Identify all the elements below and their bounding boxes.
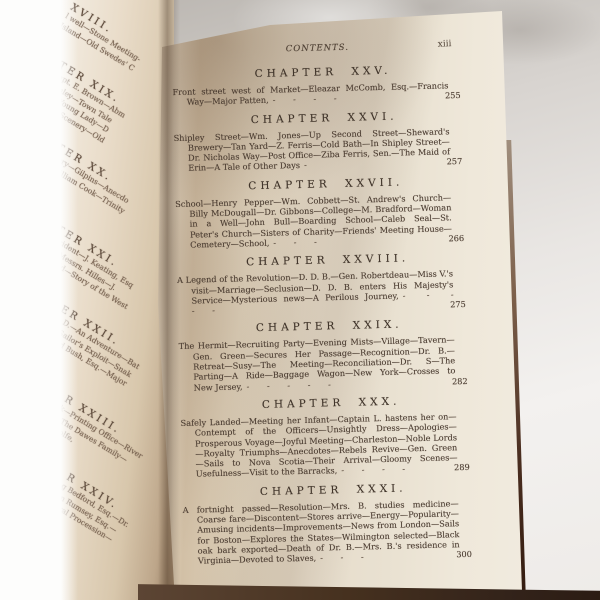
dot-leader: - - - - - (242, 379, 334, 391)
chapter-page-number: 275 (450, 299, 466, 310)
chapter-summary: A fortnight passed—Resolution—Mrs. B. st… (183, 497, 486, 566)
chapter-heading: CHAPTER XXVII. (175, 174, 477, 193)
chapter-page-number: 257 (447, 156, 463, 167)
chapter-summary: A Legend of the Revolution—D. D. B.—Gen.… (177, 268, 480, 317)
chapter-entry: CHAPTER XXV. Front street west of Market… (172, 63, 475, 108)
chapter-entry: CHAPTER XXVII. School—Henry Pepper—Wm. C… (175, 174, 479, 250)
chapter-summary: The Hermit—Recruiting Party—Evening Mist… (179, 334, 482, 393)
chapter-summary: Safely Landed—Meeting her Infant—Captain… (180, 411, 483, 480)
book-photo: XVIII. l well—Stone Meeting- Island—Old … (0, 0, 600, 600)
chapter-heading: CHAPTER XXV. (172, 63, 474, 82)
running-header: CONTENTS. (286, 43, 349, 55)
chapter-page-number: 255 (445, 90, 461, 101)
folio-page-number: xiii (438, 39, 452, 49)
contents-page-body: CONTENTS. xiii CHAPTER XXV. Front street… (171, 40, 486, 587)
chapter-summary: School—Henry Pepper—Wm. Cobbett—St. Andr… (175, 191, 478, 250)
chapter-heading: CHAPTER XXVIII. (177, 251, 479, 270)
page-header: CONTENTS. xiii (171, 40, 473, 62)
chapter-page-number: 300 (456, 549, 472, 560)
chapter-entry: CHAPTER XXXI. A fortnight passed—Resolut… (182, 480, 486, 566)
dot-leader: - - - - (337, 464, 409, 476)
chapter-entry: CHAPTER XXIX. The Hermit—Recruiting Part… (178, 317, 482, 393)
chapter-summary: Front street west of Market—Eleazar McCo… (172, 80, 474, 108)
chapter-heading: CHAPTER XXVI. (173, 108, 475, 127)
chapter-entry: CHAPTER XXX. Safely Landed—Meeting her I… (180, 394, 484, 480)
chapter-page-number: 282 (452, 376, 468, 387)
chapter-page-number: 289 (454, 462, 470, 473)
chapter-heading: CHAPTER XXXI. (182, 480, 484, 499)
page-gutter-shadow (158, 0, 180, 600)
dot-leader: - - - - (269, 93, 341, 105)
chapter-entry: CHAPTER XXVIII. A Legend of the Revoluti… (177, 251, 480, 317)
dot-leader: - - - (316, 552, 368, 563)
chapter-page-number: 266 (448, 233, 464, 244)
chapter-entry: CHAPTER XXVI. Shipley Street—Wm. Jones—U… (173, 108, 476, 174)
dot-leader: - - - (269, 236, 321, 247)
chapter-heading: CHAPTER XXX. (180, 394, 482, 413)
overexposed-left-edge (0, 0, 78, 600)
chapter-heading: CHAPTER XXIX. (178, 317, 480, 336)
chapter-summary: Shipley Street—Wm. Jones—Up Second Stree… (173, 125, 476, 174)
dot-leader: - (300, 160, 311, 170)
right-book-page: CONTENTS. xiii CHAPTER XXV. Front street… (150, 5, 530, 595)
